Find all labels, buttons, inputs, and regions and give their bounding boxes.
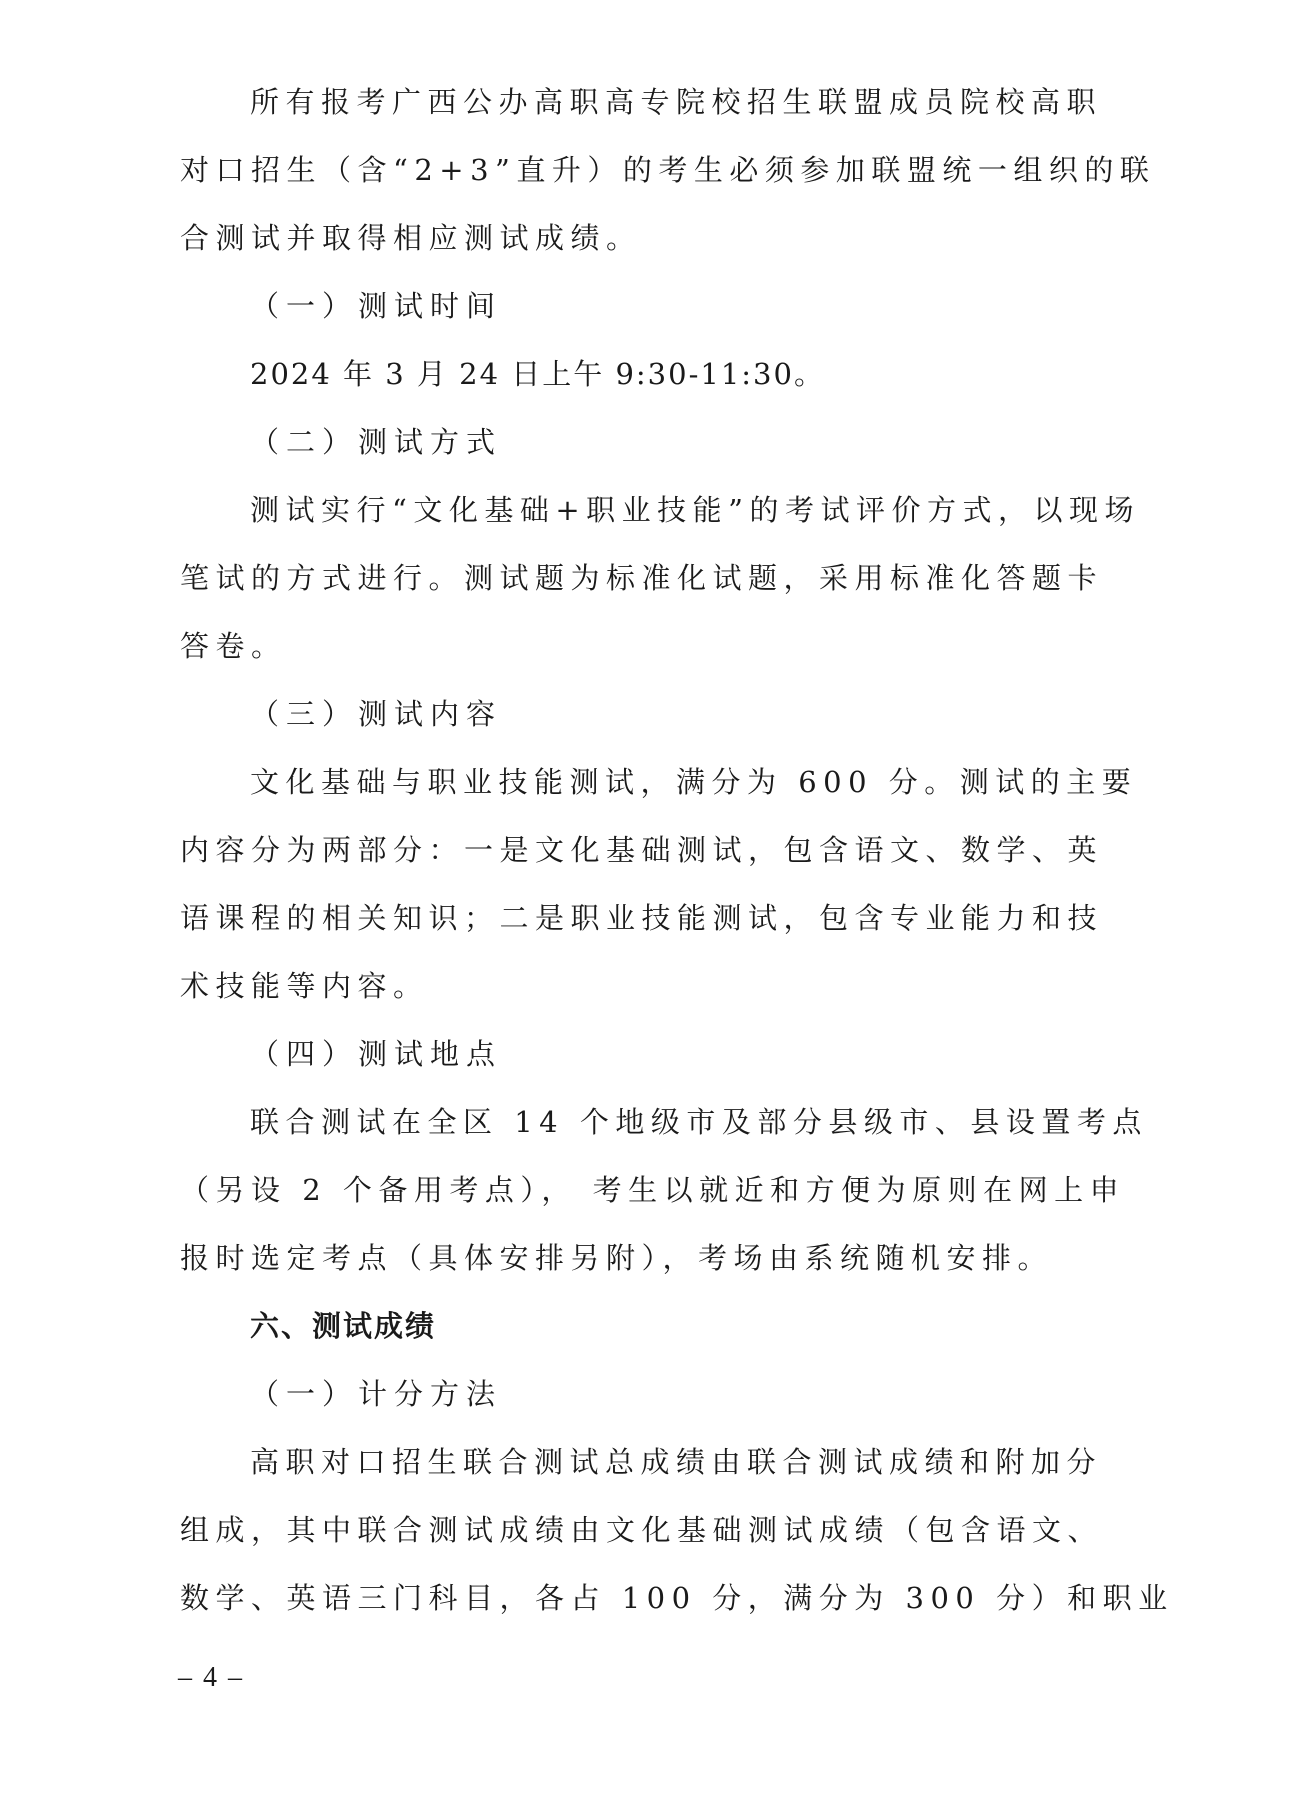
paragraph-line: 所有报考广西公办高职高专院校招生联盟成员院校高职 <box>180 68 1100 136</box>
paragraph-line: 内容分为两部分：一是文化基础测试，包含语文、数学、英 <box>180 816 1100 884</box>
document-page: 所有报考广西公办高职高专院校招生联盟成员院校高职 对口招生（含“2+3”直升）的… <box>0 0 1293 1797</box>
paragraph-line-date: 2024 年 3 月 24 日上午 9:30-11:30。 <box>180 340 1100 408</box>
paragraph-line: 文化基础与职业技能测试，满分为 600 分。测试的主要 <box>180 748 1100 816</box>
page-number: – 4 – <box>178 1660 244 1696</box>
section-heading-test-scores: 六、测试成绩 <box>180 1292 1100 1360</box>
subheading-test-content: （三）测试内容 <box>180 680 1100 748</box>
paragraph-line: 术技能等内容。 <box>180 952 1100 1020</box>
subheading-scoring-method: （一）计分方法 <box>180 1360 1100 1428</box>
paragraph-line: 笔试的方式进行。测试题为标准化试题，采用标准化答题卡 <box>180 544 1100 612</box>
subheading-test-method: （二）测试方式 <box>180 408 1100 476</box>
paragraph-line: 报时选定考点（具体安排另附），考场由系统随机安排。 <box>180 1224 1100 1292</box>
paragraph-line: 对口招生（含“2+3”直升）的考生必须参加联盟统一组织的联 <box>180 136 1100 204</box>
subheading-test-location: （四）测试地点 <box>180 1020 1100 1088</box>
subheading-test-time: （一）测试时间 <box>180 272 1100 340</box>
paragraph-line: 联合测试在全区 14 个地级市及部分县级市、县设置考点 <box>180 1088 1100 1156</box>
paragraph-line: 高职对口招生联合测试总成绩由联合测试成绩和附加分 <box>180 1428 1100 1496</box>
paragraph-line: 答卷。 <box>180 612 1100 680</box>
paragraph-line: （另设 2 个备用考点）， 考生以就近和方便为原则在网上申 <box>180 1156 1100 1224</box>
paragraph-line: 合测试并取得相应测试成绩。 <box>180 204 1100 272</box>
paragraph-line: 数学、英语三门科目，各占 100 分，满分为 300 分）和职业 <box>180 1564 1100 1632</box>
paragraph-line: 测试实行“文化基础+职业技能”的考试评价方式，以现场 <box>180 476 1100 544</box>
paragraph-line: 组成，其中联合测试成绩由文化基础测试成绩（包含语文、 <box>180 1496 1100 1564</box>
paragraph-line: 语课程的相关知识；二是职业技能测试，包含专业能力和技 <box>180 884 1100 952</box>
